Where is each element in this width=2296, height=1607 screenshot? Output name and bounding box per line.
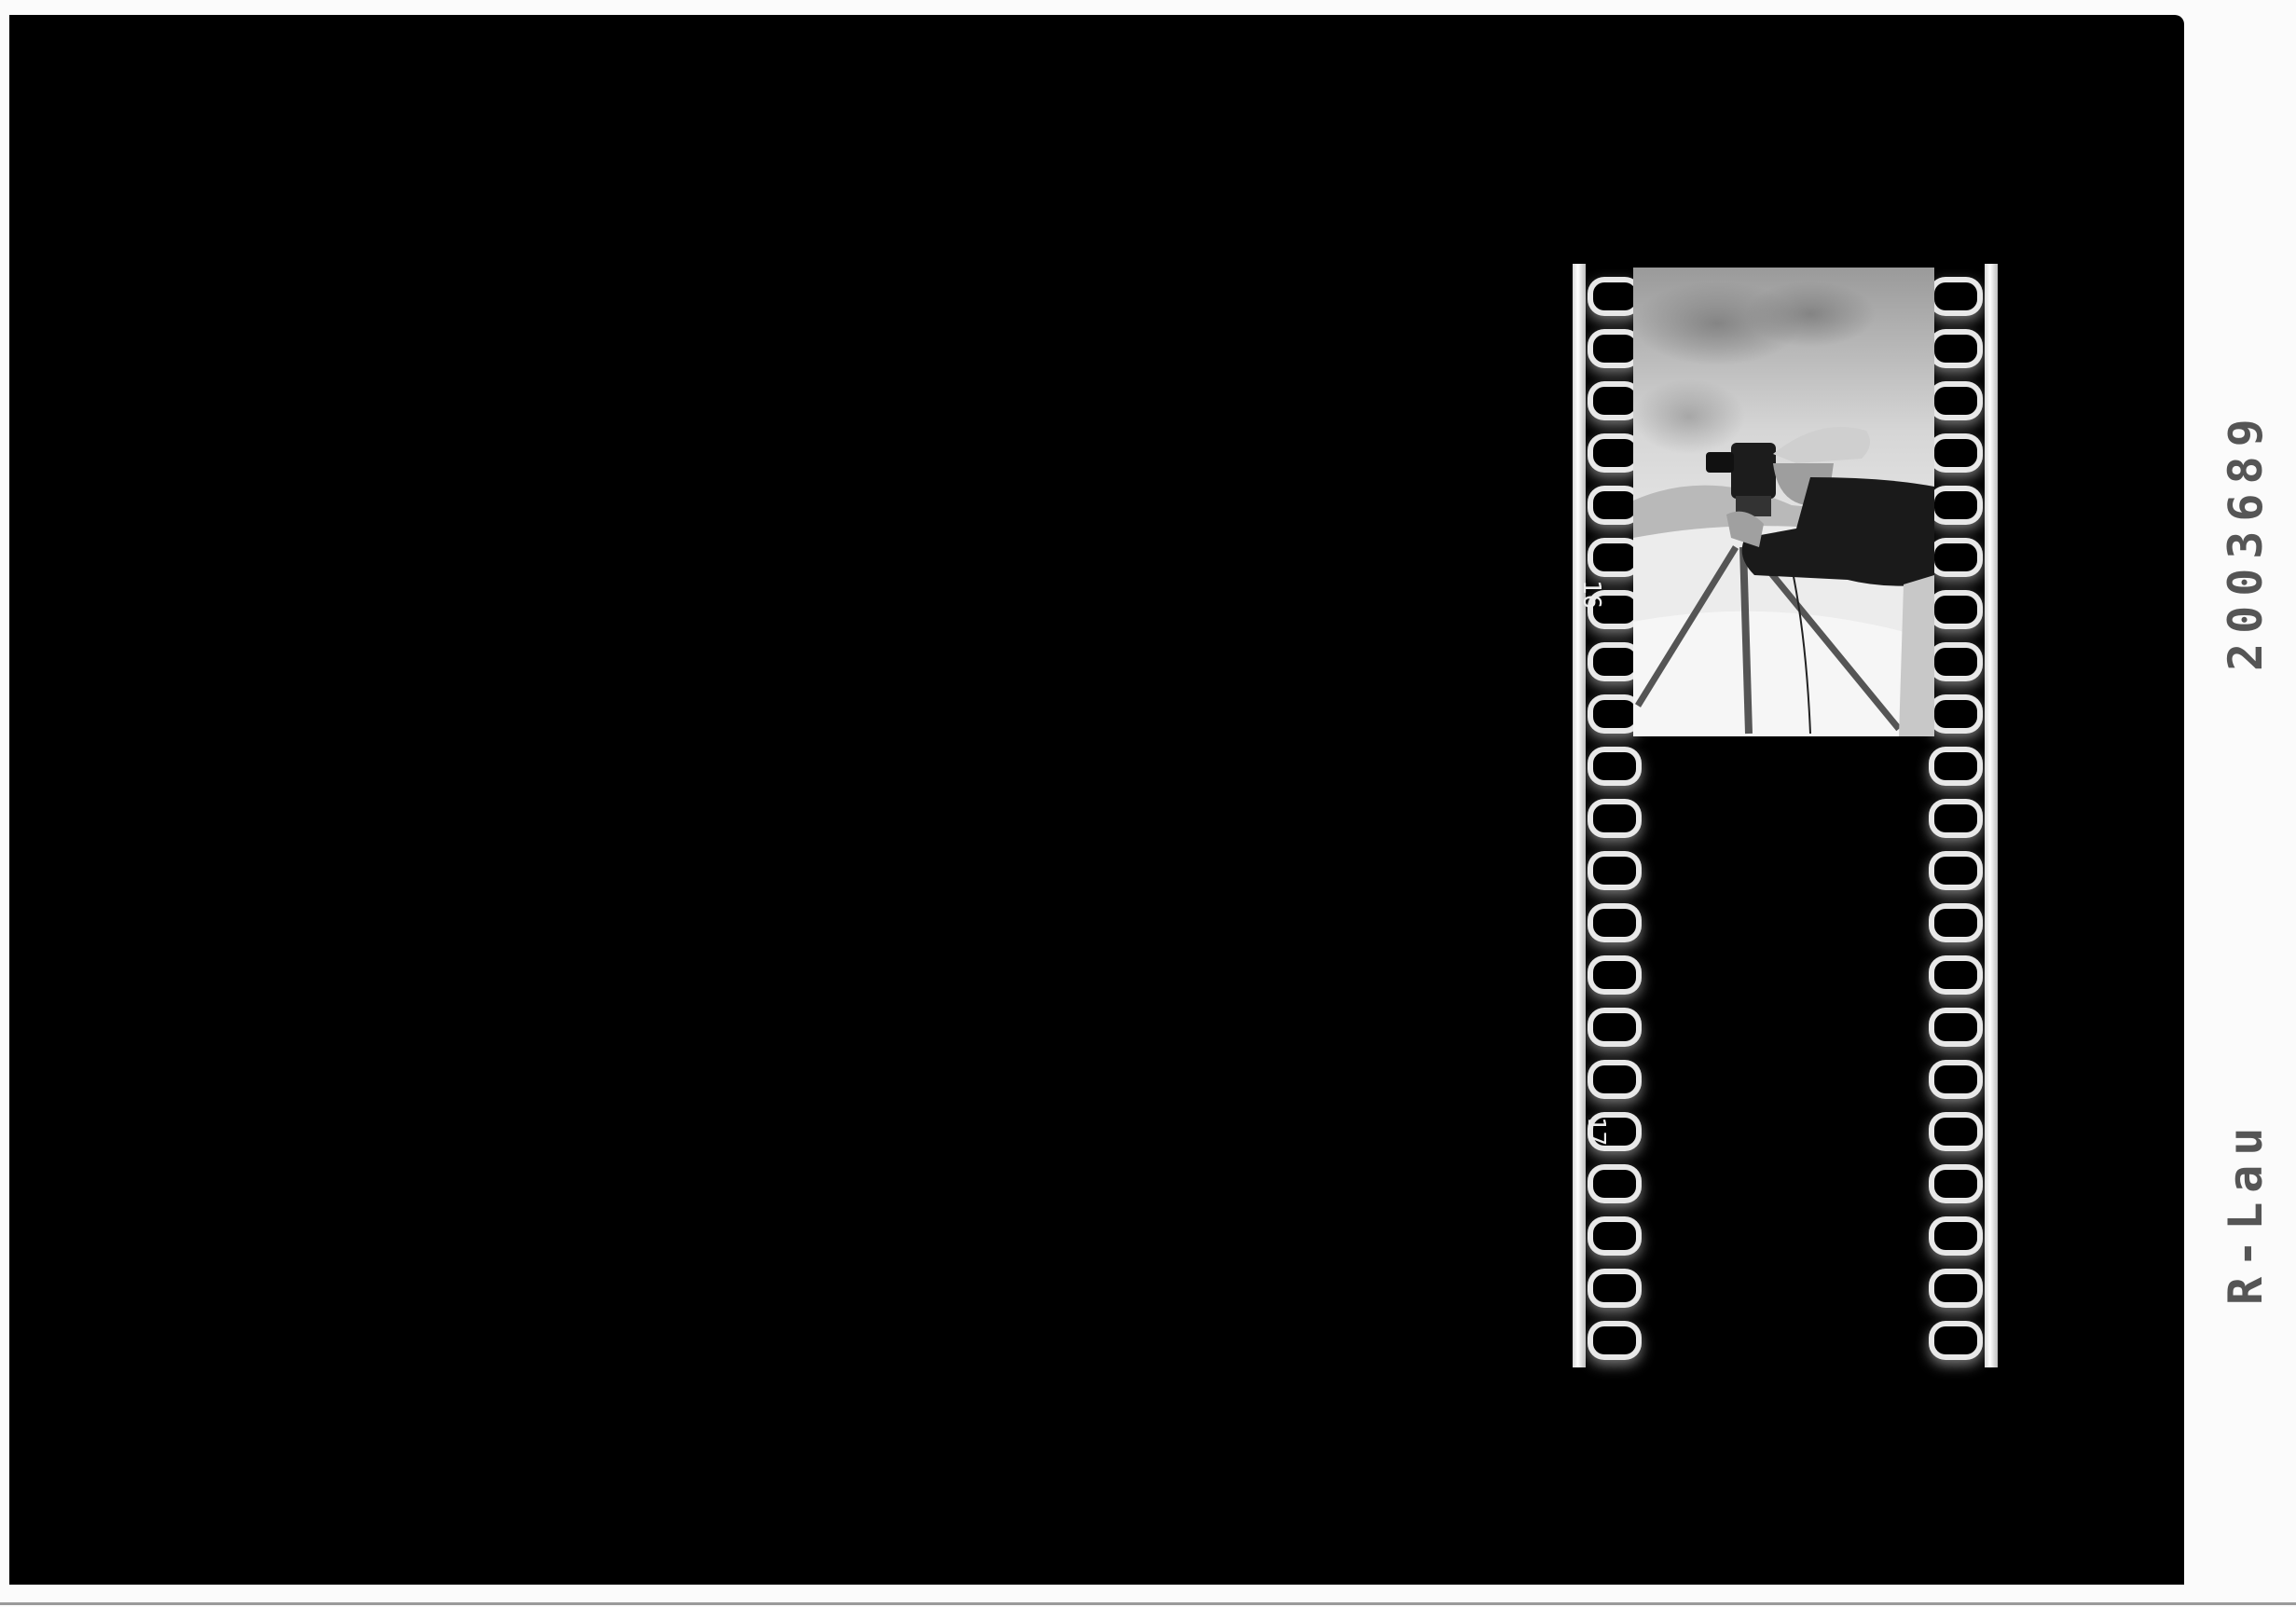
cameraman-photo xyxy=(1633,268,1934,736)
sprocket-hole xyxy=(1934,752,1977,780)
sprocket-hole xyxy=(1593,909,1636,937)
scan-edge-line xyxy=(0,1602,2296,1605)
sprocket-hole xyxy=(1593,1222,1636,1250)
sprocket-hole xyxy=(1934,648,1977,676)
sprocket-hole xyxy=(1934,491,1977,519)
sprocket-hole xyxy=(1934,387,1977,415)
film-edge-left xyxy=(1573,264,1586,1367)
sprocket-hole xyxy=(1934,1274,1977,1302)
sprocket-hole xyxy=(1593,1013,1636,1041)
frame-number-16: 16 xyxy=(1577,580,1605,609)
sprocket-hole xyxy=(1593,1274,1636,1302)
sprocket-hole xyxy=(1934,804,1977,832)
sprocket-hole xyxy=(1934,1326,1977,1354)
sprocket-holes-right xyxy=(1934,264,1977,1367)
sprocket-hole xyxy=(1593,1326,1636,1354)
frame-number-17: 17 xyxy=(1582,1117,1610,1146)
sprocket-hole xyxy=(1593,491,1636,519)
sprocket-hole xyxy=(1934,700,1977,728)
sprocket-hole xyxy=(1934,439,1977,467)
sprocket-hole xyxy=(1593,282,1636,310)
film-strip xyxy=(1573,264,1998,1367)
sprocket-hole xyxy=(1593,648,1636,676)
sprocket-hole xyxy=(1593,543,1636,571)
sprocket-hole xyxy=(1934,335,1977,363)
sprocket-hole xyxy=(1593,961,1636,989)
photo-frame-cameraman xyxy=(1633,268,1934,736)
sprocket-hole xyxy=(1593,700,1636,728)
sprocket-hole xyxy=(1593,804,1636,832)
sprocket-hole xyxy=(1593,1170,1636,1198)
sprocket-hole xyxy=(1593,387,1636,415)
film-edge-right xyxy=(1985,264,1998,1367)
sprocket-holes-left xyxy=(1593,264,1636,1367)
sprocket-hole xyxy=(1934,1222,1977,1250)
sprocket-hole xyxy=(1934,543,1977,571)
sprocket-hole xyxy=(1934,1170,1977,1198)
sprocket-hole xyxy=(1934,596,1977,624)
sprocket-hole xyxy=(1934,961,1977,989)
sprocket-hole xyxy=(1934,1118,1977,1146)
sprocket-hole xyxy=(1593,335,1636,363)
sprocket-hole xyxy=(1934,1065,1977,1093)
archive-code-label: R-Lau xyxy=(2219,1118,2273,1305)
sprocket-hole xyxy=(1593,1065,1636,1093)
sprocket-hole xyxy=(1934,857,1977,885)
sprocket-hole xyxy=(1934,1013,1977,1041)
sprocket-hole xyxy=(1593,752,1636,780)
archive-id-label: 2003689 xyxy=(2219,409,2273,671)
sprocket-hole xyxy=(1934,282,1977,310)
sprocket-hole xyxy=(1593,439,1636,467)
sprocket-hole xyxy=(1934,909,1977,937)
sprocket-hole xyxy=(1593,857,1636,885)
